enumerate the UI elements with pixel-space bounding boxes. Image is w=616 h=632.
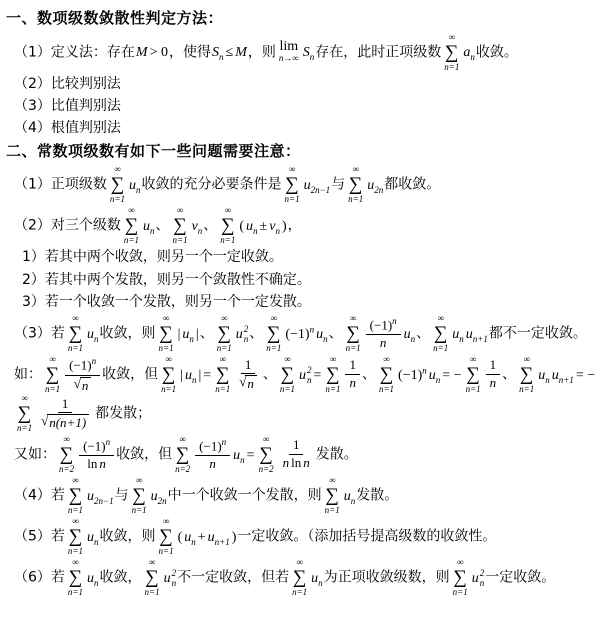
math-run: un [182,327,194,342]
math-run: un [538,368,550,383]
math-base: u [304,178,311,193]
denominator: n [486,375,501,391]
sum-upper-limit: ∞ [296,558,302,567]
summation-symbol: ∞∑n=1 [519,355,534,394]
math-base: | [198,368,201,383]
math-run: u2n−1 [87,489,114,504]
sigma-glyph: ∑ [159,527,173,546]
math-base: 1 [293,437,300,452]
sum-upper-limit: ∞ [114,165,120,174]
math-scripts: 2n [480,569,485,588]
math-run: = − [576,368,595,383]
math-base: 1 [349,357,356,372]
math-base: + [198,530,206,545]
sum-lower-limit: n=1 [132,506,147,515]
math-run: 1 [245,358,252,373]
math-base: u [87,489,94,504]
text-run: 收敛，但 [102,367,158,383]
math-run: ) [282,219,287,234]
sigma-glyph: ∑ [69,568,83,587]
summation-symbol: ∞∑n=2 [259,435,274,474]
math-base: n(n+1) [49,415,86,430]
subscript: n [191,537,196,547]
subscript: n [244,335,249,344]
item-2-1: （1）正项级数∞∑n=1un收敛的充分必要条件是∞∑n=1u2n−1与∞∑n=1… [6,165,612,204]
denominator: n [205,456,220,472]
subscript: n+1 [473,334,488,344]
text-run: ，则 [248,44,276,60]
denominator: n [345,375,360,391]
math-base: (−1) [69,358,92,373]
summation-symbol: ∞∑n=1 [173,206,188,245]
math-run: n [82,378,89,393]
numerator: (−1)n [65,356,100,375]
sum-upper-limit: ∞ [72,558,78,567]
superscript: n [92,356,97,366]
math-base: u [344,489,351,504]
denominator: nlnn [279,455,314,471]
math-base: n [490,375,497,390]
math-run: un+1 [208,530,230,545]
sum-lower-limit: n=1 [433,344,448,353]
sum-upper-limit: ∞ [72,517,78,526]
math-base: u [552,368,559,383]
numerator: 1 [289,438,304,455]
math-base: u [466,327,473,342]
math-run: = − [442,368,461,383]
math-run: n [209,457,216,472]
fraction: (−1)nn [195,437,230,472]
text-run: 都发散； [95,406,151,422]
sigma-glyph: ∑ [132,486,146,505]
summation-symbol: ∞∑n=1 [466,355,481,394]
math-run: ln [87,457,97,472]
math-base: ± [260,219,268,234]
math-base: | [180,368,183,383]
document-body: 一、数项级数敛散性判定方法：（1）定义法：存在M> 0，使得Sn≤M，则limn… [6,8,612,597]
superscript: n [222,437,227,447]
denominator: √n(n+1) [37,413,93,431]
sum-upper-limit: ∞ [263,435,269,444]
text-run: 都收敛。 [384,177,440,193]
text-run: （6）若 [14,570,65,586]
math-run: M [136,45,148,60]
math-run: (−1)n [69,356,96,373]
math-run: un [129,178,141,193]
numerator: 1 [486,358,501,375]
math-run: un+1 [466,327,488,342]
math-run: (−1)n [199,437,226,454]
math-scripts: 2n [307,366,312,385]
summation-symbol: ∞∑n=1 [68,517,83,556]
math-run: n [247,376,254,391]
text-run: （3）比值判别法 [14,98,121,114]
math-base: u [185,368,192,383]
sum-upper-limit: ∞ [165,355,171,364]
text-run: 中一个收敛一个发散，则 [168,488,322,504]
sum-upper-limit: ∞ [352,165,358,174]
text-run: 存在，此时正项级数 [315,44,441,60]
summation-symbol: ∞∑n=1 [68,314,83,353]
sum-upper-limit: ∞ [470,355,476,364]
text-run: 收敛的充分必要条件是 [142,177,282,193]
superscript: n [106,437,111,447]
math-base: = [313,368,321,383]
sum-upper-limit: ∞ [63,435,69,444]
sum-lower-limit: n=1 [110,195,125,204]
subscript: n [318,578,323,588]
subscript: n [411,334,416,344]
text-run: （2）比较判别法 [14,76,121,92]
math-base: u [129,178,136,193]
sum-upper-limit: ∞ [221,314,227,323]
fraction: 1√n(n+1) [37,397,93,432]
sigma-glyph: ∑ [346,324,360,343]
subscript: n [323,334,328,344]
sum-upper-limit: ∞ [179,435,185,444]
summation-symbol: ∞∑n=1 [379,355,394,394]
sigma-glyph: ∑ [176,445,190,464]
math-base: = [247,448,255,463]
sum-upper-limit: ∞ [438,314,444,323]
item-1-1-definition-method: （1）定义法：存在M> 0，使得Sn≤M，则limn→∞Sn存在，此时正项级数∞… [6,33,612,72]
subscript: n+1 [559,375,574,385]
numerator: (−1)n [195,437,230,456]
item-1-2-comparison-test: （2）比较判别法 [6,74,612,94]
summation-symbol: ∞∑n=1 [110,165,125,204]
subscript: n [172,579,177,588]
math-run: un [87,327,99,342]
math-run: un [316,327,328,342]
math-run: un [87,571,99,586]
sum-lower-limit: n=1 [159,344,174,353]
sigma-glyph: ∑ [285,175,299,194]
sigma-glyph: ∑ [520,365,534,384]
math-run: n [490,376,497,391]
sum-upper-limit: ∞ [21,394,27,403]
sigma-glyph: ∑ [159,324,173,343]
math-run: | [196,327,199,342]
numerator: 1 [345,358,360,375]
summation-symbol: ∞∑n=1 [348,165,363,204]
sum-upper-limit: ∞ [72,476,78,485]
math-run: ( [239,219,244,234]
item-2-3: （3）若∞∑n=1un收敛，则∞∑n=1|un|、∞∑n=1u2n、∞∑n=1(… [6,314,612,353]
summation-symbol: ∞∑n=1 [159,314,174,353]
math-run: = [203,368,211,383]
summation-symbol: ∞∑n=1 [161,355,176,394]
sum-upper-limit: ∞ [163,314,169,323]
math-base: n [209,456,216,471]
summation-symbol: ∞∑n=1 [68,476,83,515]
sigma-glyph: ∑ [125,216,139,235]
square-root: √n [239,375,257,392]
text-run: 发散。 [356,488,398,504]
sum-upper-limit: ∞ [72,314,78,323]
math-run: un [404,327,416,342]
sigma-glyph: ∑ [221,216,235,235]
sum-lower-limit: n=2 [259,465,274,474]
text-run: 发散。 [316,447,358,463]
sigma-glyph: ∑ [111,175,125,194]
math-base: M [136,45,148,60]
math-run: u2n [236,327,249,342]
math-base: ln [87,456,97,471]
sum-lower-limit: n=1 [325,506,340,515]
math-base: (−1) [83,439,106,454]
math-base: (−1) [199,439,222,454]
sum-upper-limit: ∞ [163,517,169,526]
math-base: = − [442,368,461,383]
summation-symbol: ∞∑n=2 [175,435,190,474]
sum-lower-limit: n=1 [159,547,174,556]
text-run: 、 [203,218,217,234]
subscript: n [136,185,141,195]
math-base: n [349,375,356,390]
subscript: n [470,52,475,62]
sum-upper-limit: ∞ [383,355,389,364]
text-run: 、 [362,367,376,383]
summation-symbol: ∞∑n=1 [17,394,32,433]
text-run: （3）若 [14,326,65,342]
sigma-glyph: ∑ [69,486,83,505]
denominator: √n [70,376,96,394]
summation-symbol: ∞∑n=1 [217,314,232,353]
sum-upper-limit: ∞ [49,355,55,364]
item-2-5: （5）若∞∑n=1un收敛，则∞∑n=1(un+un+1)一定收敛。（添加括号提… [6,517,612,556]
text-run: （4）若 [14,488,65,504]
superscript: n [422,365,427,375]
sigma-glyph: ∑ [217,324,231,343]
text-run: 、 [200,326,214,342]
example-1: 如：∞∑n=1(−1)n√n收敛，但∞∑n=1|un|=∞∑n=11√n、∞∑n… [6,355,612,433]
summation-symbol: ∞∑n=1 [45,355,60,394]
text-run: （1）正项级数 [14,177,107,193]
summation-symbol: ∞∑n=1 [444,33,459,72]
subscript: n [94,537,99,547]
math-base: u [164,571,171,586]
math-run: un [143,219,155,234]
superscript: n [392,316,397,326]
item-2-2-case-3: 3）若一个收敛一个发散，则另一个一定发散。 [6,292,612,312]
math-run: ( [178,530,183,545]
subscript: n [253,226,258,236]
sum-lower-limit: n=1 [285,195,300,204]
sigma-glyph: ∑ [349,175,363,194]
text-run: 又如： [14,447,56,463]
subscript: n [480,579,485,588]
math-run: u2n [151,489,167,504]
math-run: un [184,530,196,545]
math-base: ( [239,219,244,234]
sigma-glyph: ∑ [145,568,159,587]
math-run: ) [232,530,237,545]
math-base: ≤ [226,45,234,60]
math-run: | [178,327,181,342]
math-run: un [246,219,258,234]
text-run: （4）根值判别法 [14,120,121,136]
math-run: un [233,448,245,463]
subscript: n [94,578,99,588]
math-run: un [429,368,441,383]
sum-upper-limit: ∞ [271,314,277,323]
denominator: lnn [83,456,110,472]
summation-symbol: ∞∑n=2 [59,435,74,474]
sum-lower-limit: n=1 [161,385,176,394]
math-run: n [303,456,310,471]
numerator: 1 [241,358,256,375]
math-run: n [99,457,106,472]
subscript: 2n−1 [94,496,114,506]
text-run: 与 [115,488,129,504]
sum-upper-limit: ∞ [136,476,142,485]
sum-lower-limit: n=1 [325,385,340,394]
summation-symbol: ∞∑n=1 [220,206,235,245]
text-run: （5）若 [14,529,65,545]
subscript: n [192,375,197,385]
math-base: n [380,335,387,350]
math-base: u [472,571,479,586]
subscript: n [150,226,155,236]
subscript: n [307,376,312,385]
sigma-glyph: ∑ [46,365,60,384]
math-base: | [196,327,199,342]
text-run: 、 [416,326,430,342]
math-run: vn [192,219,203,234]
math-run: M [235,45,247,60]
sigma-glyph: ∑ [216,365,230,384]
sigma-glyph: ∑ [69,324,83,343]
radicand: n(n+1) [47,414,89,431]
math-run: | [198,368,201,383]
limit-symbol: limn→∞ [279,40,299,64]
math-run: n [283,456,290,471]
radicand: n [80,377,92,394]
sigma-glyph: ∑ [325,486,339,505]
math-run: un [344,489,356,504]
math-run: un [185,368,197,383]
math-base: (−1) [285,327,309,342]
sum-upper-limit: ∞ [177,206,183,215]
math-base: S [212,45,219,60]
fraction: (−1)n√n [65,356,100,393]
math-base: M [235,45,247,60]
math-base: u [429,368,436,383]
sum-lower-limit: n=1 [68,506,83,515]
math-run: = [313,368,321,383]
sum-lower-limit: n=1 [220,236,235,245]
text-run: 2）若其中两个发散，则另一个敛散性不确定。 [22,272,311,288]
summation-symbol: ∞∑n=1 [68,558,83,597]
math-run: u2n [164,571,177,586]
text-run: 收敛， [100,570,142,586]
sum-lower-limit: n=1 [453,588,468,597]
sum-upper-limit: ∞ [350,314,356,323]
math-base: u [404,327,411,342]
math-run: (−1)n [83,437,110,454]
summation-symbol: ∞∑n=1 [433,314,448,353]
math-base: 1 [62,396,69,411]
math-run: (−1)n [370,316,397,333]
sum-lower-limit: n=1 [124,236,139,245]
summation-symbol: ∞∑n=1 [215,355,230,394]
sum-upper-limit: ∞ [220,355,226,364]
square-root: √n(n+1) [41,414,89,431]
math-base: ln [291,455,301,470]
summation-symbol: ∞∑n=1 [285,165,300,204]
sum-lower-limit: n=1 [292,588,307,597]
subscript: n [459,334,464,344]
subscript: n [198,226,203,236]
text-run: 收敛。 [476,44,518,60]
denominator: n [376,335,391,351]
item-2-2-case-1: 1）若其中两个收敛，则另一个一定收敛。 [6,247,612,267]
math-run: u2n [472,571,485,586]
math-run: Sn [212,45,224,60]
radicand: n [245,375,257,392]
text-run: 3）若一个收敛一个发散，则另一个一定发散。 [22,294,311,310]
sigma-glyph: ∑ [453,568,467,587]
item-2-2-case-2: 2）若其中两个发散，则另一个敛散性不确定。 [6,270,612,290]
lim-subscript: n→∞ [279,54,299,64]
sum-upper-limit: ∞ [457,558,463,567]
sum-lower-limit: n=2 [59,465,74,474]
math-run: > 0 [150,45,168,60]
numerator: (−1)n [79,437,114,456]
math-base: | [178,327,181,342]
subscript: n [94,334,99,344]
math-run: ≤ [226,45,234,60]
sum-upper-limit: ∞ [523,355,529,364]
math-base: u [87,327,94,342]
math-scripts: 2n [244,325,249,344]
math-run: ± [260,219,268,234]
math-run: u2n [299,368,312,383]
section-2-heading: 二、常数项级数有如下一些问题需要注意： [6,141,612,163]
math-base: u [143,219,150,234]
sum-lower-limit: n=1 [145,588,160,597]
math-base: u [87,571,94,586]
math-base: n [82,378,89,393]
item-2-6: （6）若∞∑n=1un收敛，∞∑n=1u2n不一定收敛，但若∞∑n=1un为正项… [6,558,612,597]
sum-upper-limit: ∞ [330,355,336,364]
sum-upper-limit: ∞ [449,33,455,42]
sigma-glyph: ∑ [259,445,273,464]
item-1-4-root-test: （4）根值判别法 [6,118,612,138]
subscript: n [545,375,550,385]
math-run: 1 [62,397,69,412]
fraction: 1nlnn [279,438,314,471]
item-1-3-ratio-test: （3）比值判别法 [6,96,612,116]
math-run: | [180,368,183,383]
math-run: un [452,327,464,342]
summation-symbol: ∞∑n=1 [325,355,340,394]
math-base: S [303,45,310,60]
summation-symbol: ∞∑n=1 [453,558,468,597]
sigma-glyph: ∑ [466,365,480,384]
numerator: 1 [58,397,73,414]
summation-symbol: ∞∑n=1 [159,517,174,556]
math-base: 1 [245,357,252,372]
sum-lower-limit: n=1 [17,424,32,433]
math-base: u [299,368,306,383]
sigma-glyph: ∑ [162,365,176,384]
sum-lower-limit: n=1 [45,385,60,394]
text-run: 一定收敛。（添加括号提高级数的收敛性。 [237,529,496,545]
text-run: 不一定收敛，但若 [177,570,289,586]
summation-symbol: ∞∑n=1 [132,476,147,515]
sigma-glyph: ∑ [173,216,187,235]
